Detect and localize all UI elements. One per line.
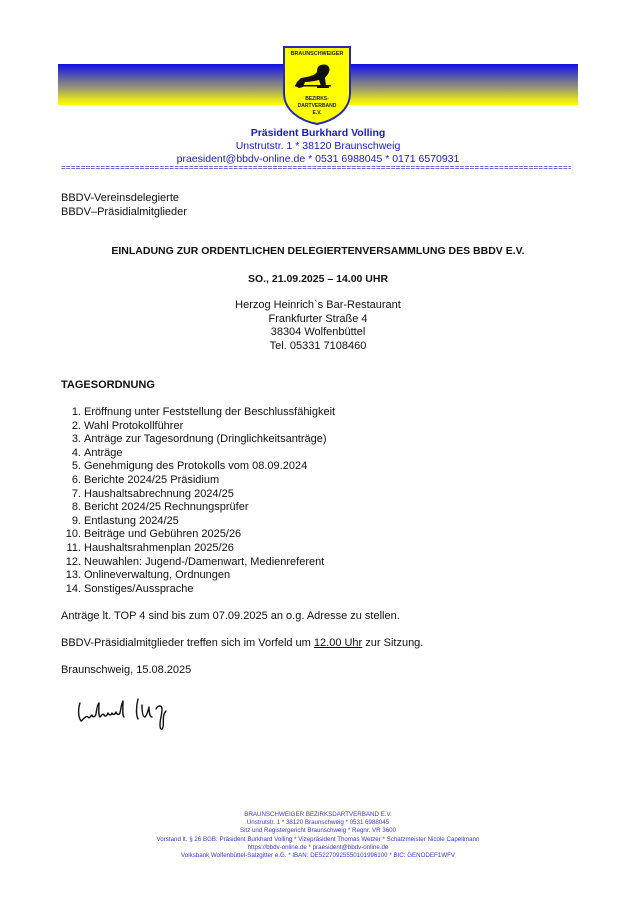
agenda-item: 6.Berichte 2024/25 Präsidium — [61, 474, 335, 488]
agenda-item-number: 10. — [61, 528, 84, 542]
footer-line: Sitz und Registergericht Braunschweig * … — [0, 827, 636, 835]
agenda-item-number: 1. — [61, 406, 84, 420]
footer-line: Vorstand lt. § 26 BGB: Präsident Burkhar… — [0, 836, 636, 844]
footer: BRAUNSCHWEIGER BEZIRKSDARTVERBAND E.V.Un… — [0, 811, 636, 860]
agenda-list: 1.Eröffnung unter Feststellung der Besch… — [61, 406, 335, 596]
handwritten-signature-icon — [76, 695, 188, 735]
motions-deadline-note: Anträge lt. TOP 4 sind bis zum 07.09.202… — [61, 610, 400, 624]
agenda-item-text: Sonstiges/Aussprache — [84, 583, 193, 597]
agenda-item-text: Anträge — [84, 447, 123, 461]
agenda-item-text: Haushaltsrahmenplan 2025/26 — [84, 542, 234, 556]
venue-phone: Tel. 05331 7108460 — [0, 340, 636, 354]
board-meeting-time: 12.00 Uhr — [314, 637, 362, 649]
agenda-item: 3.Anträge zur Tagesordnung (Dringlichkei… — [61, 433, 335, 447]
agenda-item-text: Anträge zur Tagesordnung (Dringlichkeits… — [84, 433, 327, 447]
agenda-item-text: Berichte 2024/25 Präsidium — [84, 474, 219, 488]
president-name: Präsident Burkhard Volling — [0, 127, 636, 140]
footer-line: Volksbank Wolfenbüttel-Salzgitter e.G. *… — [0, 852, 636, 860]
venue-city: 38304 Wolfenbüttel — [0, 326, 636, 340]
agenda-item: 11.Haushaltsrahmenplan 2025/26 — [61, 542, 335, 556]
board-meeting-note: BBDV-Präsidialmitglieder treffen sich im… — [61, 637, 423, 651]
agenda-item: 7.Haushaltsabrechnung 2024/25 — [61, 488, 335, 502]
agenda-item-text: Haushaltsabrechnung 2024/25 — [84, 488, 234, 502]
agenda-item-number: 11. — [61, 542, 84, 556]
recipient-delegates: BBDV-Vereinsdelegierte — [61, 192, 187, 206]
agenda-item-text: Entlastung 2024/25 — [84, 515, 179, 529]
agenda-item-number: 5. — [61, 460, 84, 474]
agenda-item-number: 12. — [61, 556, 84, 570]
svg-text:E.V.: E.V. — [313, 110, 323, 116]
agenda-item: 4.Anträge — [61, 447, 335, 461]
agenda-item-number: 8. — [61, 501, 84, 515]
svg-text:DARTVERBAND: DARTVERBAND — [298, 103, 337, 109]
invitation-title: EINLADUNG ZUR ORDENTLICHEN DELEGIERTENVE… — [0, 245, 636, 259]
recipient-board: BBDV–Präsidialmitglieder — [61, 206, 187, 220]
agenda-item-text: Neuwahlen: Jugend-/Damenwart, Medienrefe… — [84, 556, 324, 570]
agenda-item: 1.Eröffnung unter Feststellung der Besch… — [61, 406, 335, 420]
association-logo: BRAUNSCHWEIGER BEZIRKS- DARTVERBAND E.V. — [281, 45, 353, 125]
agenda-item-text: Eröffnung unter Feststellung der Beschlu… — [84, 406, 335, 420]
event-date: SO., 21.09.2025 – 14.00 UHR — [0, 273, 636, 287]
footer-line: Unstrutstr. 1 * 38120 Braunschweig * 053… — [0, 819, 636, 827]
president-address: Unstrutstr. 1 * 38120 Braunschweig — [0, 140, 636, 153]
agenda-item-number: 6. — [61, 474, 84, 488]
agenda-item-text: Genehmigung des Protokolls vom 08.09.202… — [84, 460, 307, 474]
agenda-item: 14.Sonstiges/Aussprache — [61, 583, 335, 597]
board-note-suffix: zur Sitzung. — [362, 637, 423, 649]
board-note-prefix: BBDV-Präsidialmitglieder treffen sich im… — [61, 637, 314, 649]
agenda-item-text: Wahl Protokollführer — [84, 420, 183, 434]
agenda-title: TAGESORDNUNG — [61, 379, 155, 393]
footer-line: https://bbdv-online.de * praesident@bbdv… — [0, 844, 636, 852]
agenda-item-text: Bericht 2024/25 Rechnungsprüfer — [84, 501, 249, 515]
agenda-item: 9.Entlastung 2024/25 — [61, 515, 335, 529]
agenda-item-number: 4. — [61, 447, 84, 461]
lion-shield-icon: BRAUNSCHWEIGER BEZIRKS- DARTVERBAND E.V. — [281, 45, 353, 125]
agenda-item-number: 9. — [61, 515, 84, 529]
agenda-item: 5.Genehmigung des Protokolls vom 08.09.2… — [61, 460, 335, 474]
venue-block: Herzog Heinrich`s Bar-Restaurant Frankfu… — [0, 299, 636, 353]
agenda-item: 8.Bericht 2024/25 Rechnungsprüfer — [61, 501, 335, 515]
agenda-item-number: 2. — [61, 420, 84, 434]
venue-name: Herzog Heinrich`s Bar-Restaurant — [0, 299, 636, 313]
agenda-item: 10.Beiträge und Gebühren 2025/26 — [61, 528, 335, 542]
agenda-item: 2.Wahl Protokollführer — [61, 420, 335, 434]
agenda-item-number: 3. — [61, 433, 84, 447]
agenda-item-number: 14. — [61, 583, 84, 597]
agenda-item-number: 13. — [61, 569, 84, 583]
place-date: Braunschweig, 15.08.2025 — [61, 664, 191, 678]
venue-street: Frankfurter Straße 4 — [0, 313, 636, 327]
agenda-item: 13.Onlineverwaltung, Ordnungen — [61, 569, 335, 583]
agenda-item-text: Beiträge und Gebühren 2025/26 — [84, 528, 241, 542]
agenda-item-text: Onlineverwaltung, Ordnungen — [84, 569, 230, 583]
footer-line: BRAUNSCHWEIGER BEZIRKSDARTVERBAND E.V. — [0, 811, 636, 819]
header-separator: ========================================… — [61, 164, 571, 172]
svg-text:BRAUNSCHWEIGER: BRAUNSCHWEIGER — [291, 51, 344, 57]
agenda-item-number: 7. — [61, 488, 84, 502]
svg-text:BEZIRKS-: BEZIRKS- — [305, 96, 329, 102]
recipients: BBDV-Vereinsdelegierte BBDV–Präsidialmit… — [61, 192, 187, 219]
agenda-item: 12.Neuwahlen: Jugend-/Damenwart, Medienr… — [61, 556, 335, 570]
